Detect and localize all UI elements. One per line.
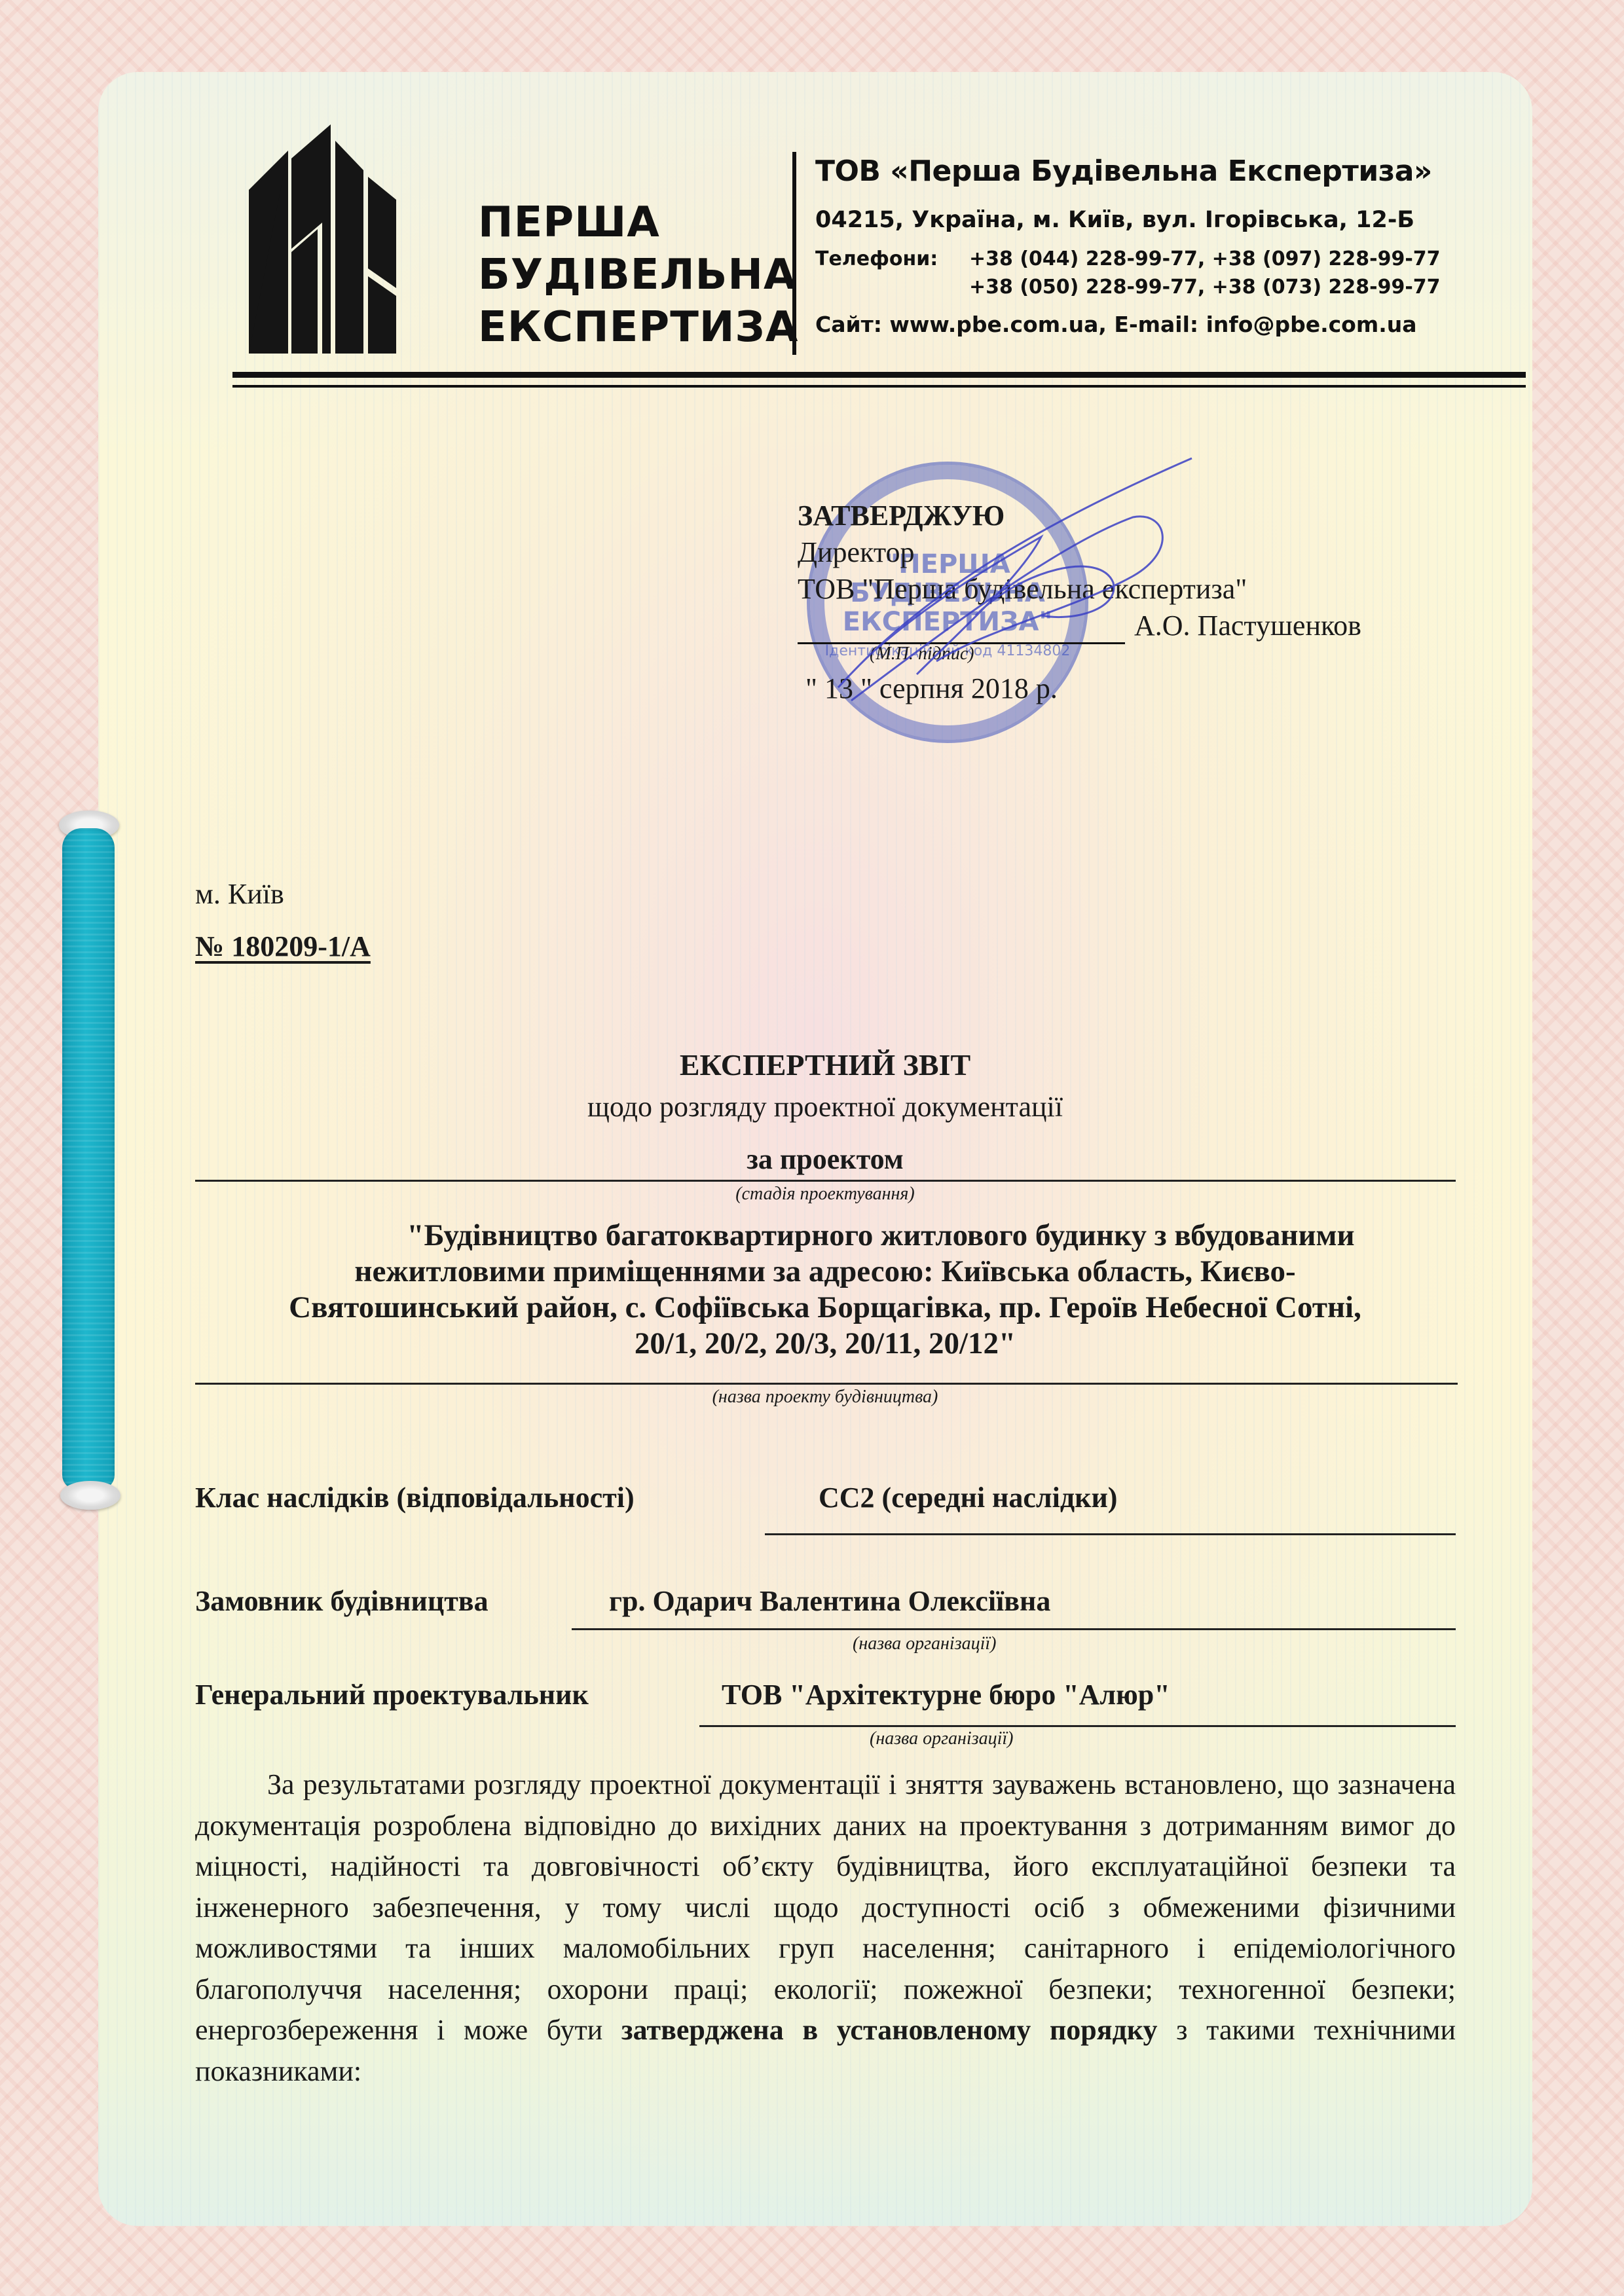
project-name-line-2: нежитловими приміщеннями за адресою: Киї… [196,1254,1454,1290]
conclusion-emphasis: затверджена в установленому порядку [621,2014,1158,2046]
phones-label: Телефони: [815,247,969,270]
customer-underline [572,1628,1456,1630]
project-name-line-3: Святошинський район, с. Софіївська Борща… [196,1290,1454,1326]
project-name-hint: (назва проекту будівництва) [196,1387,1454,1408]
logo-line-1: ПЕРША [478,196,798,249]
general-designer-underline [699,1725,1456,1727]
general-designer-hint: (назва організації) [870,1728,1014,1749]
logo-line-2: БУДІВЕЛЬНА [478,249,798,301]
bottom-eyelet-icon [60,1481,120,1510]
customer-value: гр. Одарич Валентина Олексіївна [609,1584,1050,1618]
document-title: ЕКСПЕРТНИЙ ЗВІТ [196,1048,1454,1082]
phone-line-1: +38 (044) 228-99-77, +38 (097) 228-99-77 [969,247,1441,270]
stage-underline [195,1180,1456,1182]
handwritten-signature-icon [825,452,1218,727]
header-rule-thin [232,385,1526,388]
header-rule-thick [232,372,1526,378]
project-name-line-1: "Будівництво багатоквартирного житлового… [196,1218,1454,1254]
contact-block: ТОВ «Перша Будівельна Експертиза» 04215,… [815,152,1441,337]
logo-line-3: ЕКСПЕРТИЗА [478,301,798,354]
company-name: ТОВ «Перша Будівельна Експертиза» [815,152,1441,191]
consequence-class-label: Клас наслідків (відповідальності) [195,1481,635,1514]
stage-hint: (стадія проектування) [196,1184,1454,1205]
binding-ribbon [62,828,115,1489]
website-email: Сайт: www.pbe.com.ua, E-mail: info@pbe.c… [815,312,1441,337]
customer-label: Замовник будівництва [195,1584,489,1618]
project-name-line-4: 20/1, 20/2, 20/3, 20/11, 20/12" [196,1326,1454,1362]
document-subtitle: щодо розгляду проектної документації [196,1090,1454,1123]
building-logo-icon [249,124,465,354]
company-address: 04215, Україна, м. Київ, вул. Ігорівська… [815,207,1441,233]
consequence-class-value: СС2 (середні наслідки) [819,1481,1117,1514]
document-number: № 180209-1/А [195,930,371,963]
design-stage: за проектом [196,1142,1454,1176]
general-designer-value: ТОВ "Архітектурне бюро "Алюр" [722,1678,1170,1711]
conclusion-paragraph: За результатами розгляду проектної докум… [195,1764,1456,2092]
consequence-class-underline [765,1533,1456,1535]
phones: Телефони: +38 (044) 228-99-77, +38 (097)… [815,247,1441,299]
project-name-underline [195,1383,1458,1385]
conclusion-text: За результатами розгляду проектної докум… [195,1768,1456,2046]
general-designer-label: Генеральний проектувальник [195,1678,589,1711]
logo-wordmark: ПЕРША БУДІВЕЛЬНА ЕКСПЕРТИЗА [478,196,798,354]
project-name: "Будівництво багатоквартирного житлового… [196,1218,1454,1362]
letterhead-divider [792,152,796,355]
phone-line-2: +38 (050) 228-99-77, +38 (073) 228-99-77 [969,276,1441,299]
customer-hint: (назва організації) [853,1633,997,1654]
city: м. Київ [195,877,284,911]
